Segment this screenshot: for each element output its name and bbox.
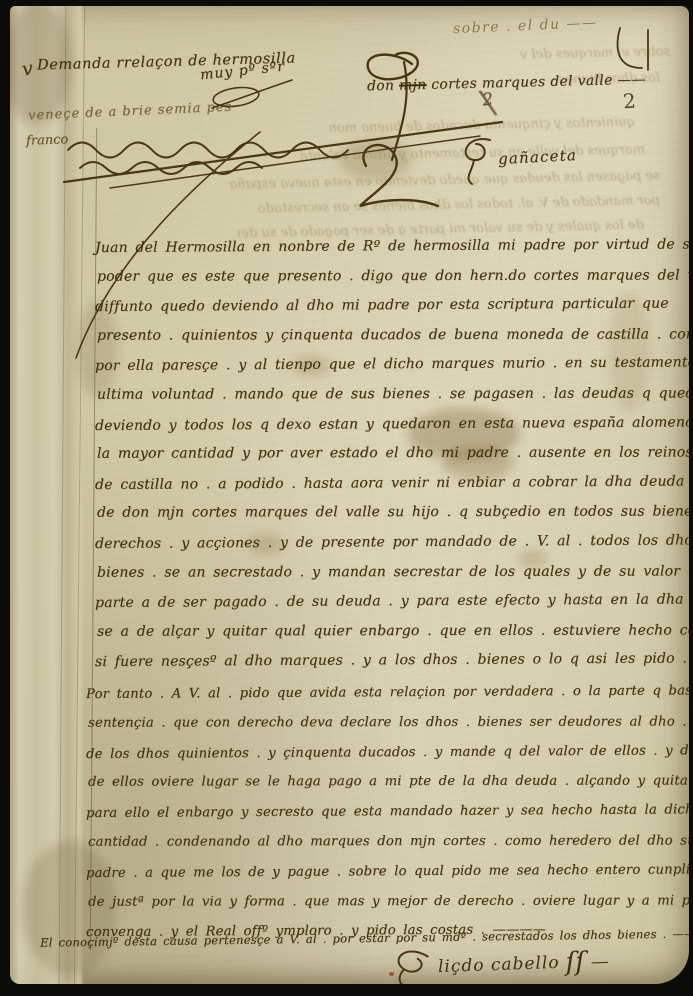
manuscript-line: ultima voluntad . mando que de sus biene… <box>97 379 689 410</box>
addressee-line: don mjn cortes marques del valle —— <box>367 72 646 95</box>
bleedthrough-text: se pagasen las deudas que quedo deviendo… <box>228 168 660 192</box>
manuscript-line: de los dhos quinientos . y çinquenta duc… <box>86 736 689 770</box>
bleedthrough-text: por mandado de V. al. todos los dhos bie… <box>210 193 660 217</box>
bleedthrough-text: marques del valle en su testamento y ult… <box>300 142 645 164</box>
manuscript-line: de ellos oviere lugar se le haga pago a … <box>88 767 689 798</box>
manuscript-line: Por tanto . A V. al . pido que avida est… <box>86 676 689 710</box>
manuscript-line: poder que es este que presento . digo qu… <box>97 261 689 292</box>
scanned-manuscript-screenshot: { "document": { "kind": "handwritten man… <box>0 0 693 996</box>
manuscript-line: deviendo y todos los q dexo estan y qued… <box>95 408 689 442</box>
top-right-note: sobre . el du —— <box>453 15 598 37</box>
manuscript-line: si fuere nesçesº al dho marques . y a lo… <box>95 644 689 678</box>
signature-block: liçdo cabello ſſ — <box>387 940 609 984</box>
bleedthrough-text: quinientos y çinquenta ducados de buena … <box>330 115 635 136</box>
signature-name: liçdo cabello <box>438 953 560 977</box>
secretary-signature: gañaceta <box>498 146 578 168</box>
manuscript-line: padre . a que me los de y pague . sobre … <box>86 855 689 889</box>
addressee-pre: don <box>367 78 399 95</box>
signature-dash: — <box>590 951 609 973</box>
manuscript-line: se a de alçar y quitar qual quier enbarg… <box>97 616 689 647</box>
manuscript-line: Juan del Hermosilla en nonbre de Rº de h… <box>95 230 689 264</box>
petition-request-paragraph: Por tanto . A V. al . pido que avida est… <box>86 678 689 946</box>
manuscript-line: derechos . y acçiones . y de presente po… <box>95 526 689 560</box>
manuscript-line: sentençia . que con derecho deva declare… <box>88 707 689 738</box>
manuscript-line: de justª por la via y forma . que mas y … <box>88 886 689 917</box>
signature-rubric: ſſ <box>565 947 585 978</box>
signature-paraph-icon <box>387 946 432 984</box>
manuscript-page: sobre el marques del valle quinientos y … <box>10 6 689 984</box>
manuscript-line: bienes . se an secrestado . y mandan sec… <box>97 557 689 588</box>
manuscript-line: cantidad . condenando al dho marques don… <box>88 826 689 857</box>
addressee-struck-word: mjn <box>399 77 427 94</box>
manuscript-line: parte a de ser pagado . de su deuda . y … <box>95 585 689 619</box>
manuscript-line: de don mjn cortes marques del valle su h… <box>97 498 689 529</box>
manuscript-line: para ello el enbargo y secresto que esta… <box>86 795 689 829</box>
left-fold-band <box>10 6 84 984</box>
folio-number: 2 <box>622 89 636 114</box>
bleedthrough-text: sobre el marques del valle <box>520 44 670 62</box>
manuscript-line: de castilla no . a podido . hasta aora v… <box>95 467 689 501</box>
red-ink-dot <box>389 972 394 976</box>
manuscript-line: presento . quinientos y çinquenta ducado… <box>97 320 689 351</box>
manuscript-line: diffunto quedo deviendo al dho mi padre … <box>95 289 689 323</box>
addressee-post: cortes marques del valle —— <box>426 72 646 93</box>
manuscript-line: la mayor cantidad y por aver estado el d… <box>97 438 689 469</box>
manuscript-line: por ella paresçe . y al tienpo que el di… <box>95 348 689 382</box>
margin-note: franco <box>26 132 69 148</box>
crossed-out-number: 2 <box>477 89 500 117</box>
petition-paragraph: Juan del Hermosilla en nonbre de Rº de h… <box>95 232 689 676</box>
